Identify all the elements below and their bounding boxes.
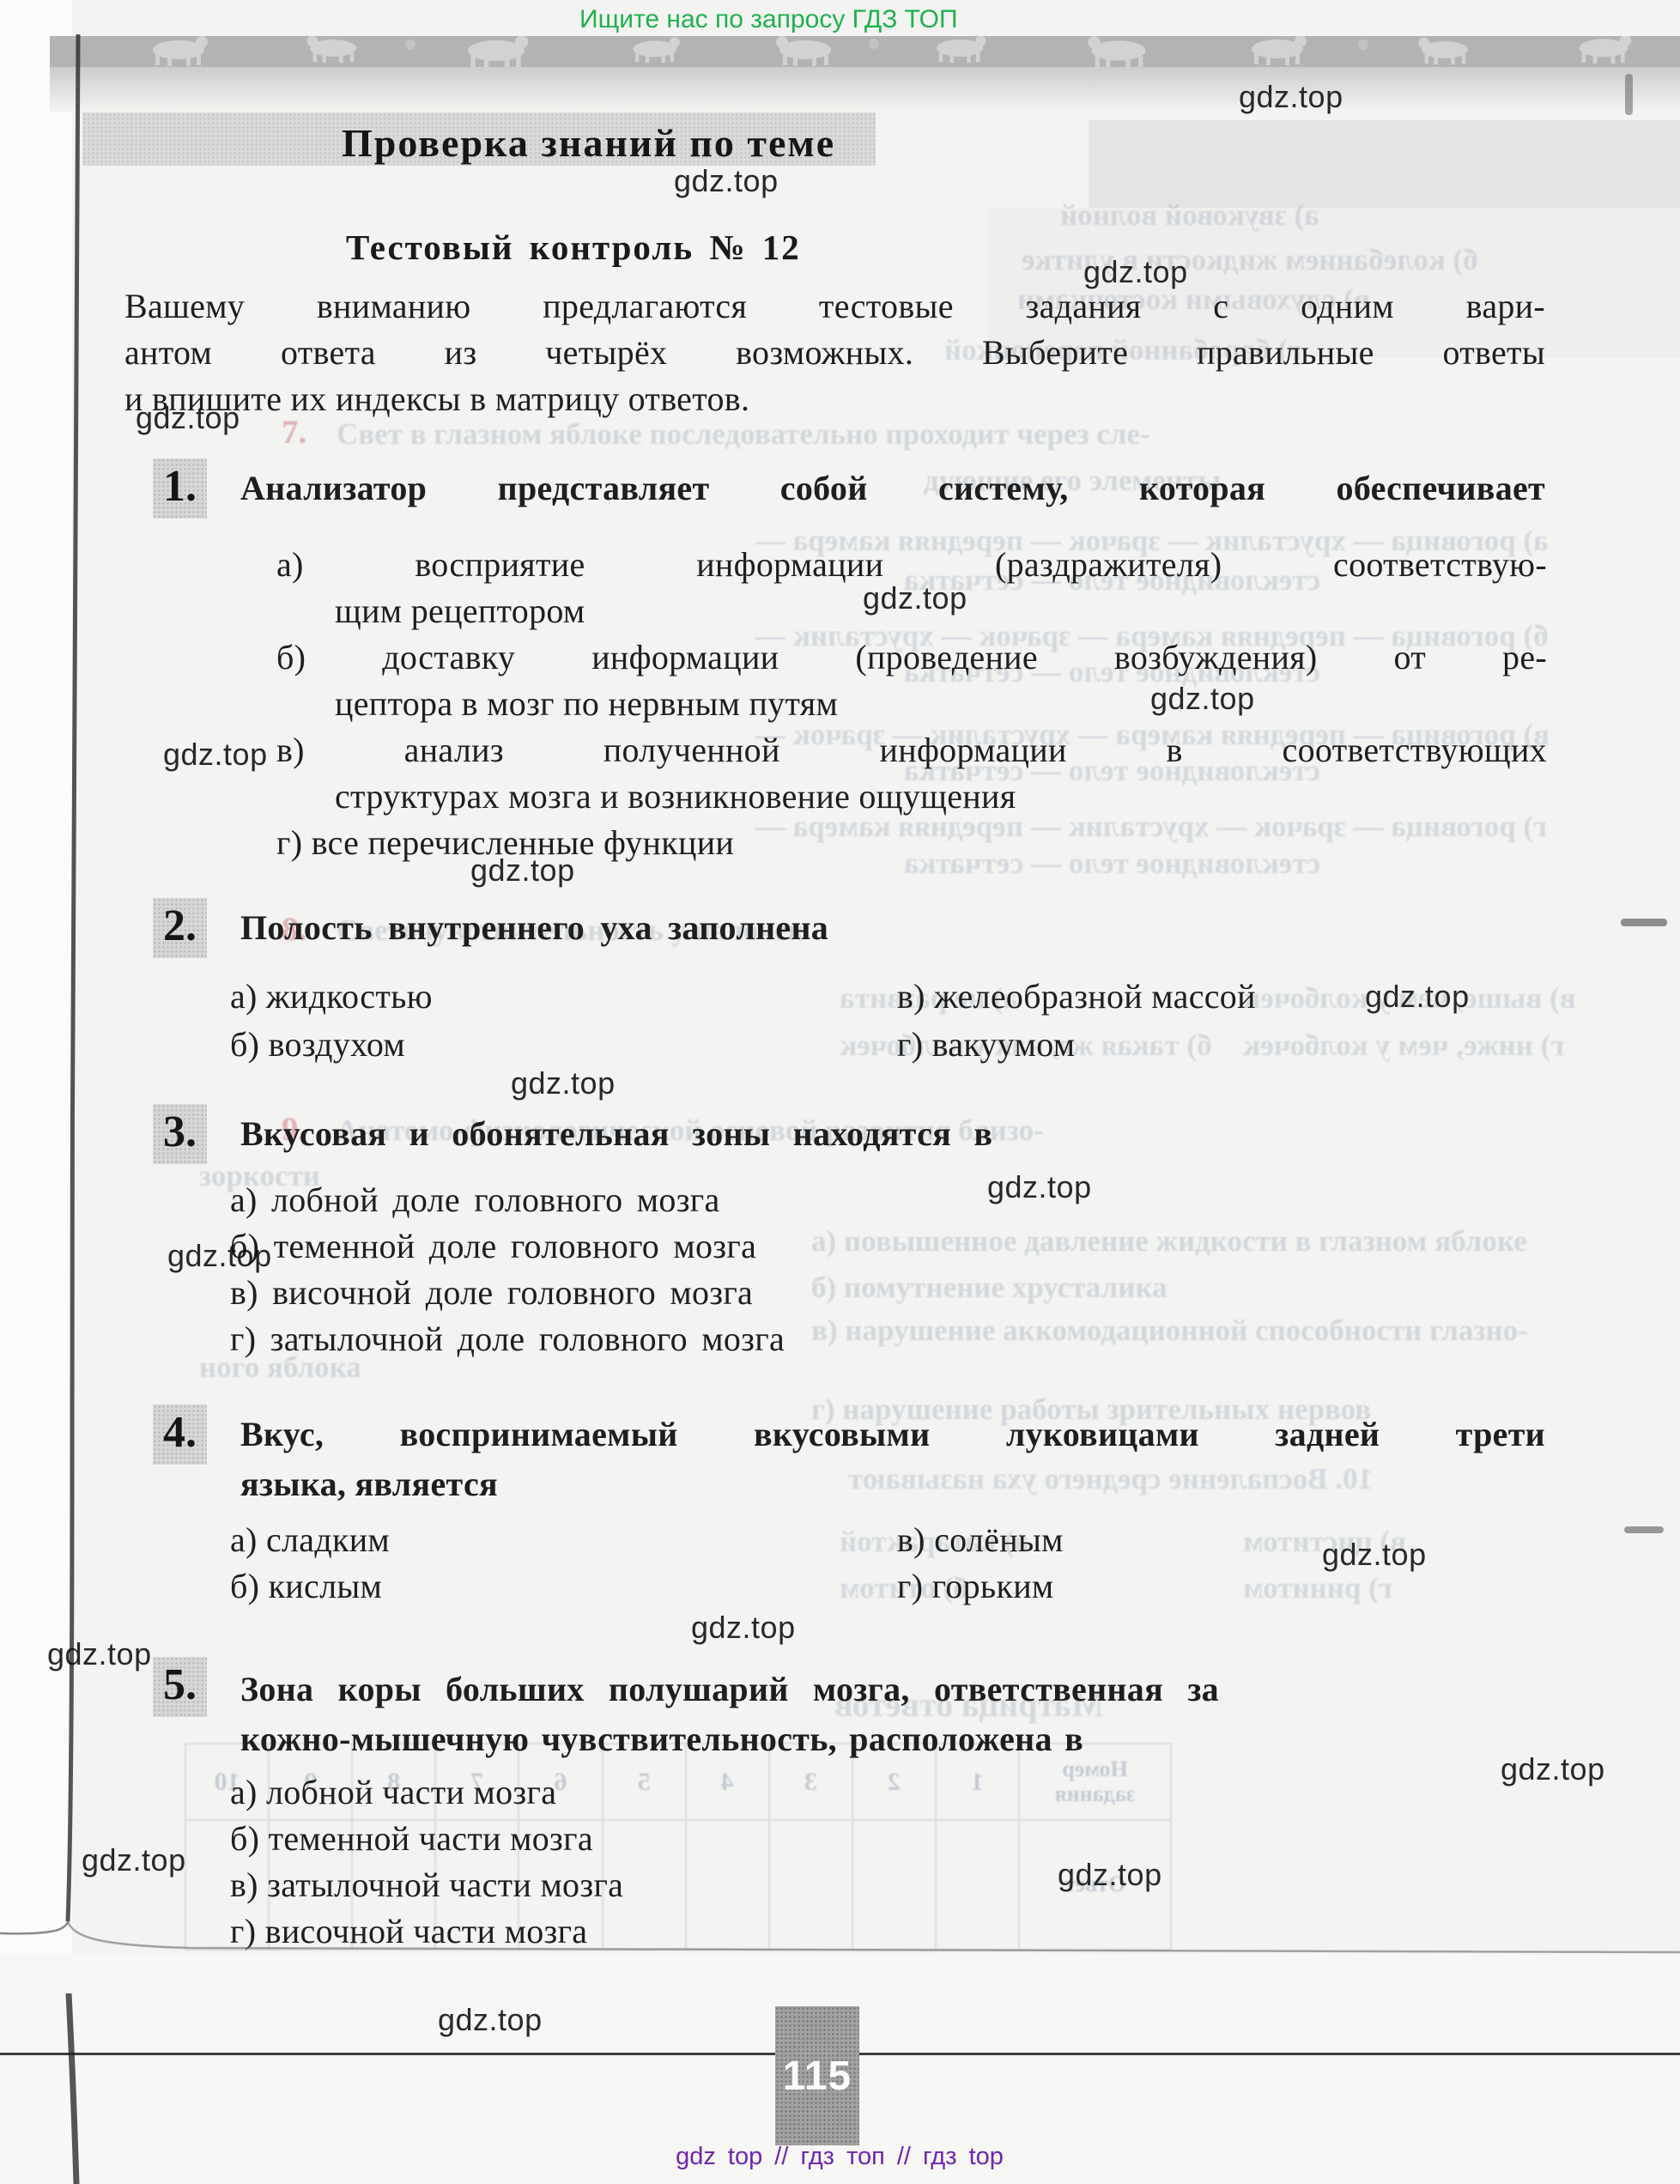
watermark: gdz.top bbox=[47, 1636, 152, 1672]
question-1-option: б) доставку информации (проведение возбу… bbox=[276, 638, 1547, 677]
promo-banner: Ищите нас по запросу ГДЗ ТОП bbox=[579, 5, 958, 34]
watermark: gdz.top bbox=[511, 1065, 616, 1101]
question-1-number: 1. bbox=[153, 458, 207, 519]
question-4-stem: Вкус, воспринимаемый вкусовыми луковицам… bbox=[240, 1415, 1545, 1454]
question-4-number: 4. bbox=[153, 1404, 207, 1465]
animal-silhouettes-icon bbox=[50, 36, 1680, 67]
bleed-text: г) ниже, чем у колбочек bbox=[1243, 1028, 1564, 1063]
bleed-text: г) ринитом bbox=[1243, 1571, 1392, 1605]
scanned-textbook-page: а) звуковой волной б) колебанием жидкост… bbox=[0, 0, 1680, 2184]
question-3-option: в) височной доле головного мозга bbox=[230, 1273, 753, 1313]
watermark: gdz.top bbox=[691, 1610, 796, 1646]
question-1-option: в) анализ полученной информации в соотве… bbox=[276, 731, 1547, 770]
watermark: gdz.top bbox=[1365, 979, 1470, 1015]
question-2-number: 2. bbox=[153, 898, 207, 958]
band-shadow-fade bbox=[50, 67, 1680, 112]
watermark: gdz.top bbox=[470, 852, 575, 889]
bleed-table-cell bbox=[852, 1821, 935, 1949]
page-number-box: 115 bbox=[775, 2006, 859, 2145]
watermark: gdz.top bbox=[136, 400, 240, 436]
question-1-option: а) восприятие информации (раздражителя) … bbox=[276, 545, 1547, 585]
watermark: gdz.top bbox=[1150, 681, 1255, 717]
bleed-text: Свет в глазном яблоке последовательно пр… bbox=[337, 417, 1150, 452]
bleed-text: 10. Воспаление среднего уха называют bbox=[848, 1462, 1373, 1496]
decorative-animal-band bbox=[50, 36, 1680, 67]
question-4-stem: языка, является bbox=[240, 1465, 498, 1504]
footer-links[interactable]: gdz top // гдз топ // гдз top bbox=[599, 2143, 1080, 2171]
watermark: gdz.top bbox=[987, 1169, 1092, 1205]
question-5-option: б) теменной части мозга bbox=[230, 1819, 593, 1859]
watermark: gdz.top bbox=[674, 163, 779, 199]
question-1-option: щим рецептором bbox=[335, 591, 585, 631]
question-3-stem: Вкусовая и обонятельная зоны находятся в bbox=[240, 1114, 992, 1154]
question-3-number: 3. bbox=[153, 1104, 207, 1164]
intro-line: Вашему вниманию предлагаются тестовые за… bbox=[124, 287, 1545, 326]
question-2-stem: Полость внутреннего уха заполнена bbox=[240, 908, 828, 948]
watermark: gdz.top bbox=[863, 580, 967, 616]
page-number: 115 bbox=[783, 2053, 852, 2100]
watermark: gdz.top bbox=[167, 1238, 272, 1274]
question-5-stem: Зона коры больших полушарий мозга, ответ… bbox=[240, 1670, 1219, 1709]
question-4-option: в) солёным bbox=[897, 1520, 1064, 1560]
question-2-option: а) жидкостью bbox=[230, 977, 433, 1016]
question-2-option: в) желеобразной массой bbox=[897, 977, 1256, 1016]
question-5-option: а) лобной части мозга bbox=[230, 1773, 556, 1812]
bleed-text: б) помутнение хрусталика bbox=[811, 1271, 1168, 1305]
intro-line: антом ответа из четырёх возможных. Выбер… bbox=[124, 333, 1545, 373]
bleed-text: а) повышенное давление жидкости в глазно… bbox=[811, 1224, 1527, 1259]
question-3-option: а) лобной доле головного мозга bbox=[230, 1180, 720, 1220]
question-5-option: г) височной части мозга bbox=[230, 1912, 587, 1951]
question-1-option: цептора в мозг по нервным путям bbox=[335, 684, 838, 724]
question-2-option: б) воздухом bbox=[230, 1025, 405, 1065]
bleed-text: стекловидное тело — сетчатка bbox=[904, 846, 1320, 881]
question-5-option: в) затылочной части мозга bbox=[230, 1865, 623, 1905]
question-4-option: б) кислым bbox=[230, 1567, 382, 1606]
question-1-stem: Анализатор представляет собой систему, к… bbox=[240, 469, 1545, 508]
watermark: gdz.top bbox=[438, 2002, 543, 2038]
watermark: gdz.top bbox=[1501, 1751, 1605, 1787]
watermark: gdz.top bbox=[1058, 1857, 1162, 1893]
question-1-option: структурах мозга и возникновение ощущени… bbox=[335, 777, 1016, 816]
question-4-option: а) сладким bbox=[230, 1520, 390, 1560]
question-2-option: г) вакуумом bbox=[897, 1025, 1075, 1065]
bleed-table-cell bbox=[935, 1821, 1018, 1949]
watermark: gdz.top bbox=[1083, 254, 1188, 290]
question-5-stem: кожно-мышечную чувствительность, располо… bbox=[240, 1720, 1083, 1759]
watermark: gdz.top bbox=[163, 737, 268, 773]
watermark: gdz.top bbox=[1322, 1537, 1427, 1573]
question-4-option: г) горьким bbox=[897, 1567, 1054, 1606]
test-subtitle: Тестовый контроль № 12 bbox=[346, 227, 801, 268]
left-page-margin bbox=[0, 0, 72, 2184]
question-3-option: г) затылочной доле головного мозга bbox=[230, 1319, 785, 1359]
page-title: Проверка знаний по теме bbox=[342, 120, 835, 166]
bleed-text: а) звуковой волной bbox=[1060, 198, 1319, 233]
question-3-option: б) теменной доле головного мозга bbox=[230, 1227, 756, 1266]
bleed-table-cell bbox=[768, 1821, 852, 1949]
watermark: gdz.top bbox=[1239, 79, 1343, 115]
question-5-number: 5. bbox=[153, 1657, 207, 1717]
bleed-table-cell bbox=[685, 1821, 768, 1949]
scan-shading-block bbox=[1089, 120, 1680, 208]
bleed-text: в) нарушение аккомодационной способности… bbox=[811, 1313, 1528, 1348]
watermark: gdz.top bbox=[82, 1842, 186, 1878]
